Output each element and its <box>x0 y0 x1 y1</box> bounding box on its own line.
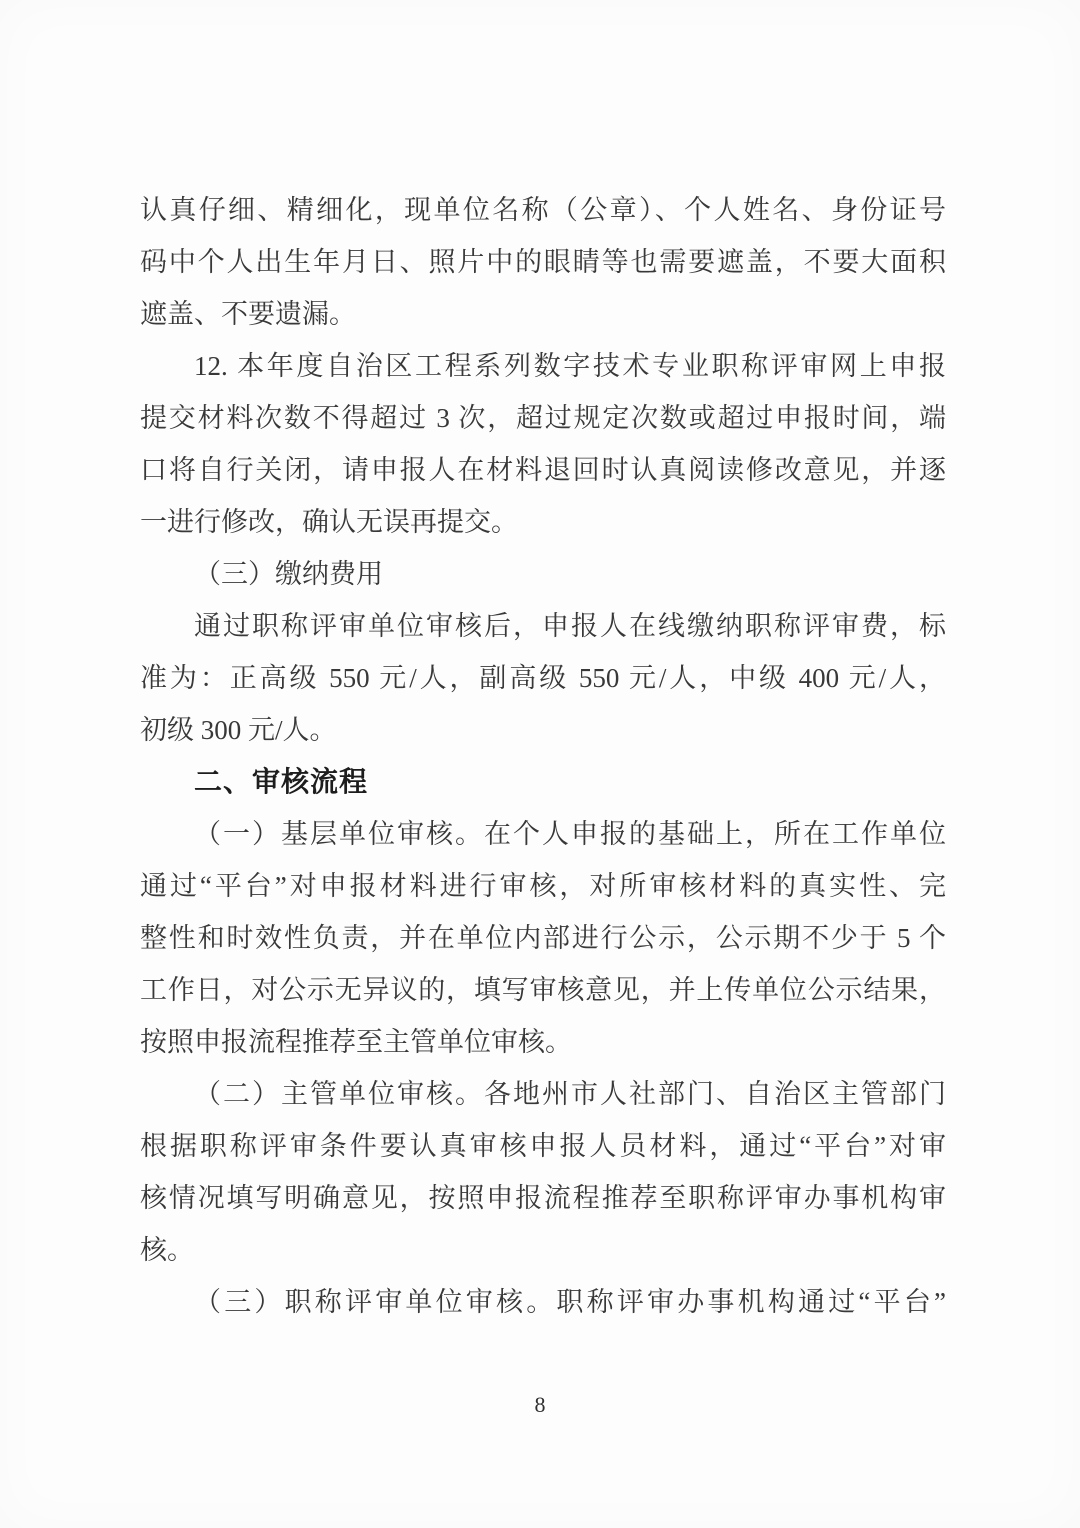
text-line: 认真仔细、精细化，现单位名称（公章）、个人姓名、身份证号 <box>140 184 946 236</box>
text-line: 整性和时效性负责，并在单位内部进行公示，公示期不少于 5 个 <box>140 912 946 964</box>
text-line: 工作日，对公示无异议的，填写审核意见，并上传单位公示结果， <box>140 964 946 1016</box>
document-page: 认真仔细、精细化，现单位名称（公章）、个人姓名、身份证号码中个人出生年月日、照片… <box>0 0 1080 1528</box>
text-line: 根据职称评审条件要认真审核申报人员材料，通过“平台”对审 <box>140 1120 946 1172</box>
text-line: 12. 本年度自治区工程系列数字技术专业职称评审网上申报 <box>140 340 946 392</box>
text-line: 提交材料次数不得超过 3 次，超过规定次数或超过申报时间，端 <box>140 392 946 444</box>
text-line: 遮盖、不要遗漏。 <box>140 288 946 340</box>
text-line: 核情况填写明确意见，按照申报流程推荐至职称评审办事机构审 <box>140 1172 946 1224</box>
text-line: 初级 300 元/人。 <box>140 704 946 756</box>
text-line: （一）基层单位审核。在个人申报的基础上，所在工作单位 <box>140 808 946 860</box>
text-line: （三）职称评审单位审核。职称评审办事机构通过“平台” <box>140 1276 946 1328</box>
document-body: 认真仔细、精细化，现单位名称（公章）、个人姓名、身份证号码中个人出生年月日、照片… <box>140 184 946 1328</box>
text-line: 码中个人出生年月日、照片中的眼睛等也需要遮盖，不要大面积 <box>140 236 946 288</box>
page-number: 8 <box>0 1390 1080 1420</box>
text-line: 通过“平台”对申报材料进行审核，对所审核材料的真实性、完 <box>140 860 946 912</box>
text-line: 通过职称评审单位审核后，申报人在线缴纳职称评审费，标 <box>140 600 946 652</box>
text-line: （二）主管单位审核。各地州市人社部门、自治区主管部门 <box>140 1068 946 1120</box>
text-line: 口将自行关闭，请申报人在材料退回时认真阅读修改意见，并逐 <box>140 444 946 496</box>
text-line: 核。 <box>140 1224 946 1276</box>
text-line: 准为：正高级 550 元/人，副高级 550 元/人，中级 400 元/人， <box>140 652 946 704</box>
heading-line: 二、审核流程 <box>140 756 946 808</box>
text-line: （三）缴纳费用 <box>140 548 946 600</box>
text-line: 按照申报流程推荐至主管单位审核。 <box>140 1016 946 1068</box>
text-line: 一进行修改，确认无误再提交。 <box>140 496 946 548</box>
